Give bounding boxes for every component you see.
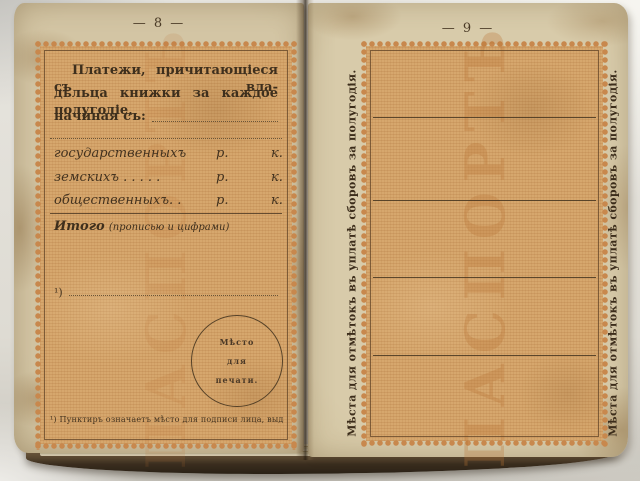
fee-row-zemstvo: земскихъ . . . . . р. к. (54, 170, 280, 185)
right-page: — 9 — Мѣста для отмѣтокъ въ уплатѣ сборо… (308, 3, 628, 457)
rubles-abbrev: р. (204, 193, 271, 208)
payments-paragraph-line3: начиная съ: (54, 108, 278, 125)
seal-text-line: печати. (216, 375, 259, 385)
passport-booklet-scan: — 8 — ПАСПОРТЪ Платежи, причитающіеся съ… (0, 0, 640, 481)
page-footnote: ¹) Пунктиръ означаетъ мѣсто для подписи … (50, 415, 284, 424)
passport-watermark: ПАСПОРТЪ (453, 19, 517, 467)
kopecks-abbrev: к. (271, 170, 287, 185)
rubles-abbrev: р. (204, 170, 271, 185)
right-print-block: ПАСПОРТЪ (366, 46, 603, 441)
dotted-fill-line (152, 120, 278, 122)
footnote-marker: ¹) (54, 286, 63, 299)
fee-label: государственныхъ (54, 146, 204, 161)
left-page-number: — 8 — (14, 16, 304, 31)
seal-placeholder-circle: Мѣсто для печати. (191, 315, 283, 407)
signature-dotted-line (69, 294, 278, 296)
left-print-block: ПАСПОРТЪ Платежи, причитающіеся съ вла- … (40, 46, 292, 444)
total-note: (прописью и цифрами) (109, 222, 230, 233)
kopecks-abbrev: к. (271, 193, 287, 208)
seal-text-line: для (227, 356, 247, 366)
total-line: Итого (прописью и цифрами) (54, 219, 280, 234)
left-vertical-caption: Мѣста для отмѣтокъ въ уплатѣ сборовъ за … (346, 69, 359, 437)
right-vertical-caption: Мѣста для отмѣтокъ въ уплатѣ сборовъ за … (607, 69, 620, 437)
fee-label: земскихъ . . . . . (54, 170, 204, 185)
kopecks-abbrev: к. (271, 146, 287, 161)
signature-note-row: ¹) (54, 286, 278, 299)
starting-from-label: начиная съ: (54, 108, 146, 125)
entry-rule-1 (373, 117, 596, 118)
seal-text-line: Мѣсто (220, 337, 255, 347)
total-separator-rule (50, 213, 282, 214)
left-page: — 8 — ПАСПОРТЪ Платежи, причитающіеся съ… (14, 3, 304, 453)
total-label: Итого (54, 219, 105, 234)
fee-label: общественныхъ. . (54, 193, 204, 208)
entry-rule-3 (373, 277, 596, 278)
book-gutter-crease (296, 0, 314, 460)
fee-row-communal: общественныхъ. . р. к. (54, 193, 280, 208)
dotted-rule (50, 138, 282, 139)
fee-row-state: государственныхъ р. к. (54, 146, 280, 161)
entry-rule-2 (373, 200, 596, 201)
rubles-abbrev: р. (204, 146, 271, 161)
right-page-number: — 9 — (308, 21, 628, 36)
entry-rule-4 (373, 355, 596, 356)
